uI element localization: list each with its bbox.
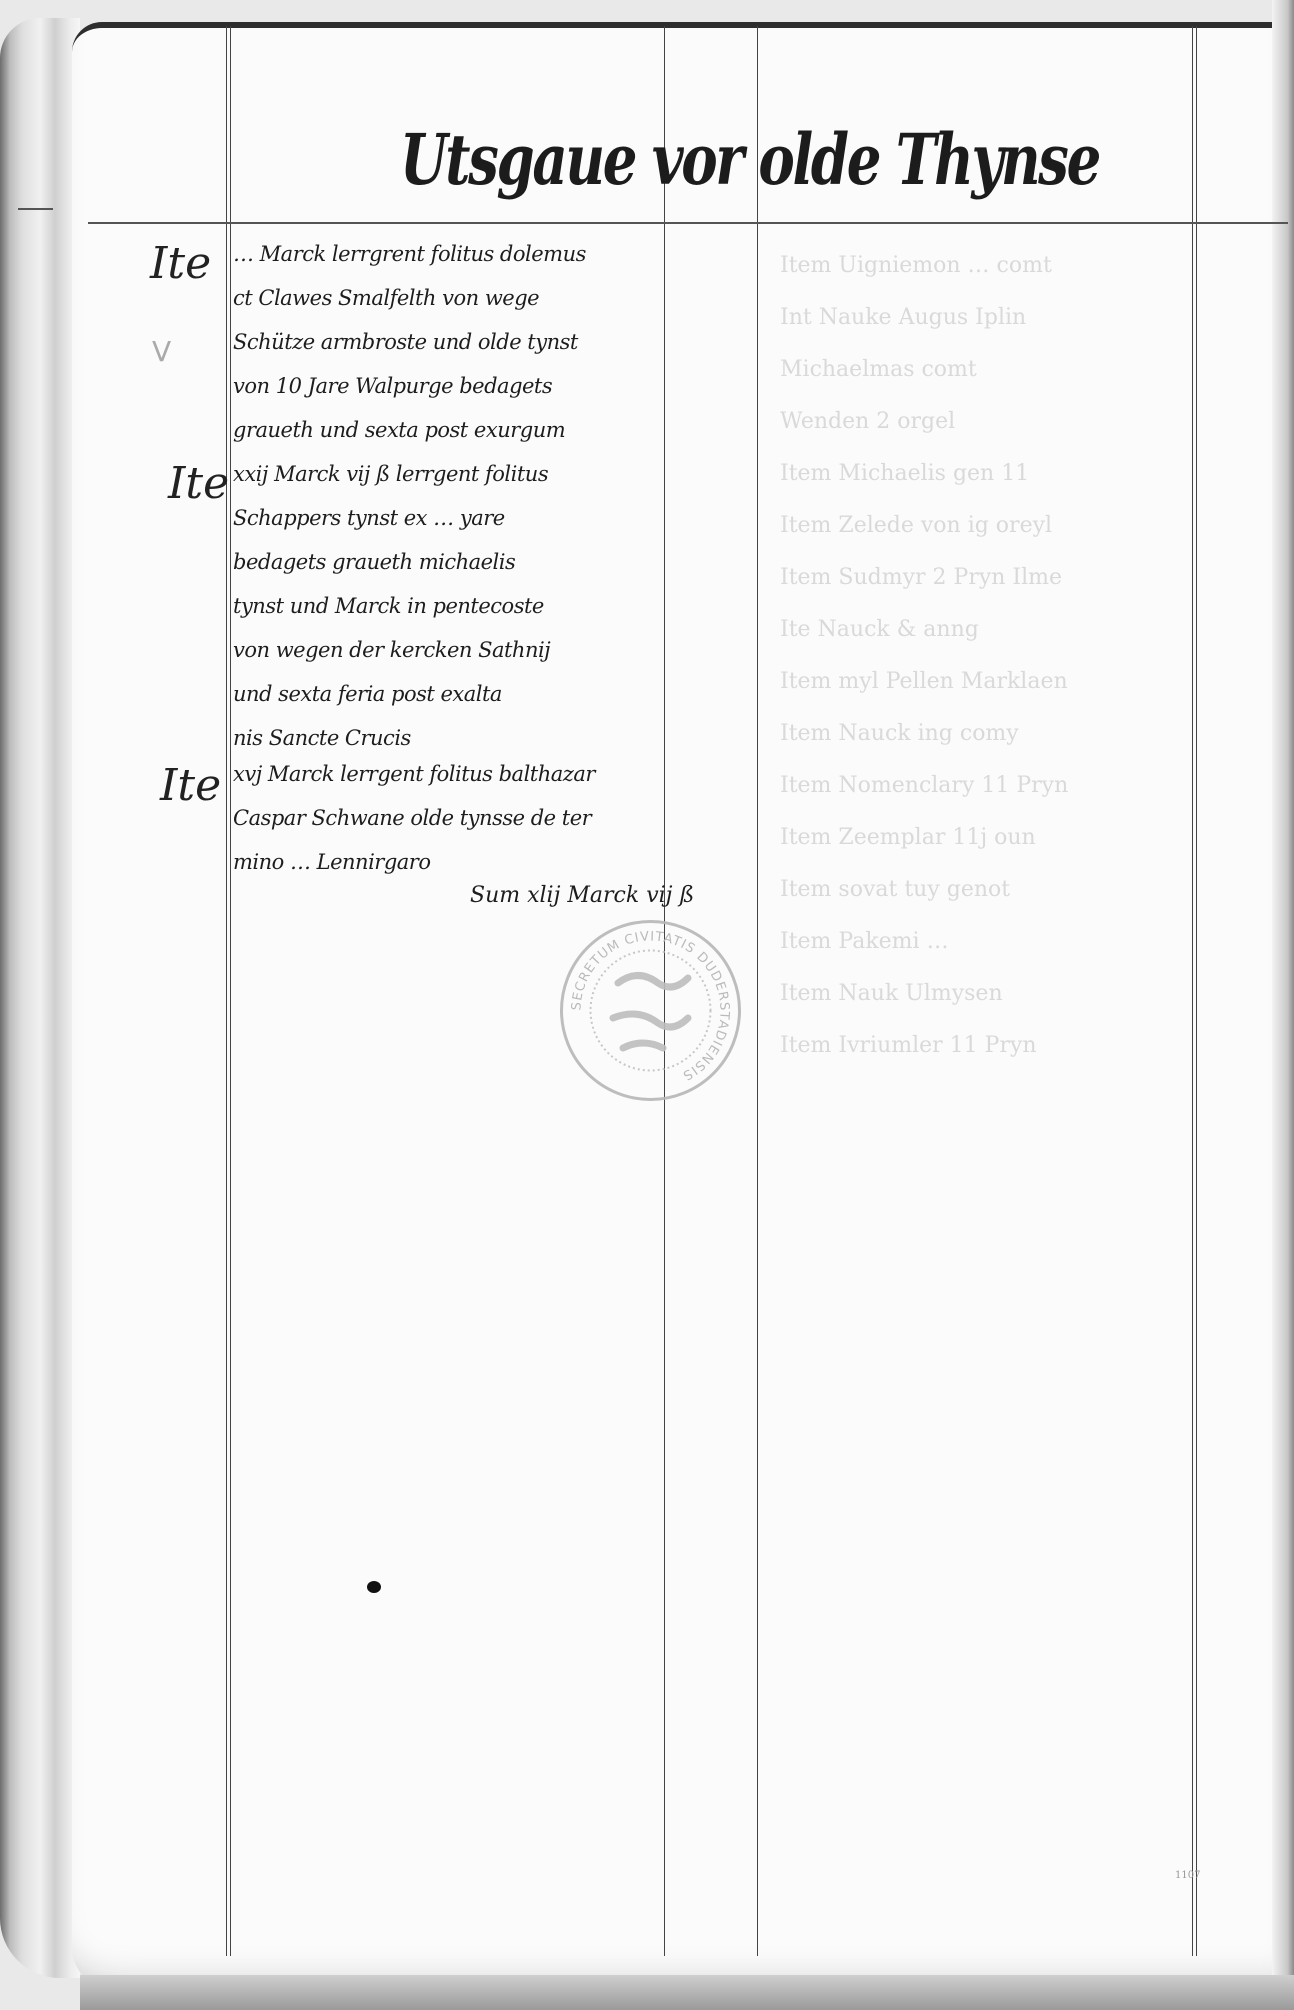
book-binding-edge	[0, 18, 80, 1978]
column-rule-middle-2	[757, 26, 758, 1956]
sum-total: Sum xlij Marck vij ß	[470, 883, 694, 908]
item-marker: Ite	[168, 458, 229, 509]
page-bottom-shadow	[80, 1975, 1294, 2010]
ledger-entry-1: … Marck lerrgrent folitus dolemus ct Cla…	[233, 232, 753, 452]
city-seal-stamp: SECRETUM CIVITATIS DUDERSTADIENSIS	[560, 920, 741, 1101]
facing-page-edge	[1272, 0, 1294, 2010]
ledger-entry-3: xvj Marck lerrgent folitus balthazar Cas…	[233, 752, 753, 884]
ledger-entry-2: xxij Marck vij ß lerrgent folitus Schapp…	[233, 452, 753, 760]
folio-number: 1107	[1175, 1870, 1200, 1881]
heading-rule	[88, 222, 1288, 224]
bleed-through-text: Item Uigniemon … comt Int Nauke Augus Ip…	[780, 240, 1200, 1072]
item-marker: Ite	[160, 760, 221, 811]
ink-blot	[367, 1581, 381, 1593]
margin-tick	[18, 208, 53, 210]
svg-text:SECRETUM CIVITATIS DUDERSTADIE: SECRETUM CIVITATIS DUDERSTADIENSIS	[569, 929, 731, 1083]
page-heading: Utsgaue vor olde Thynse	[400, 118, 1099, 201]
pencil-check-mark: V	[152, 335, 171, 368]
item-marker: Ite	[150, 238, 211, 289]
lion-seal-icon: SECRETUM CIVITATIS DUDERSTADIENSIS	[563, 923, 738, 1098]
column-rule-left	[226, 26, 231, 1956]
